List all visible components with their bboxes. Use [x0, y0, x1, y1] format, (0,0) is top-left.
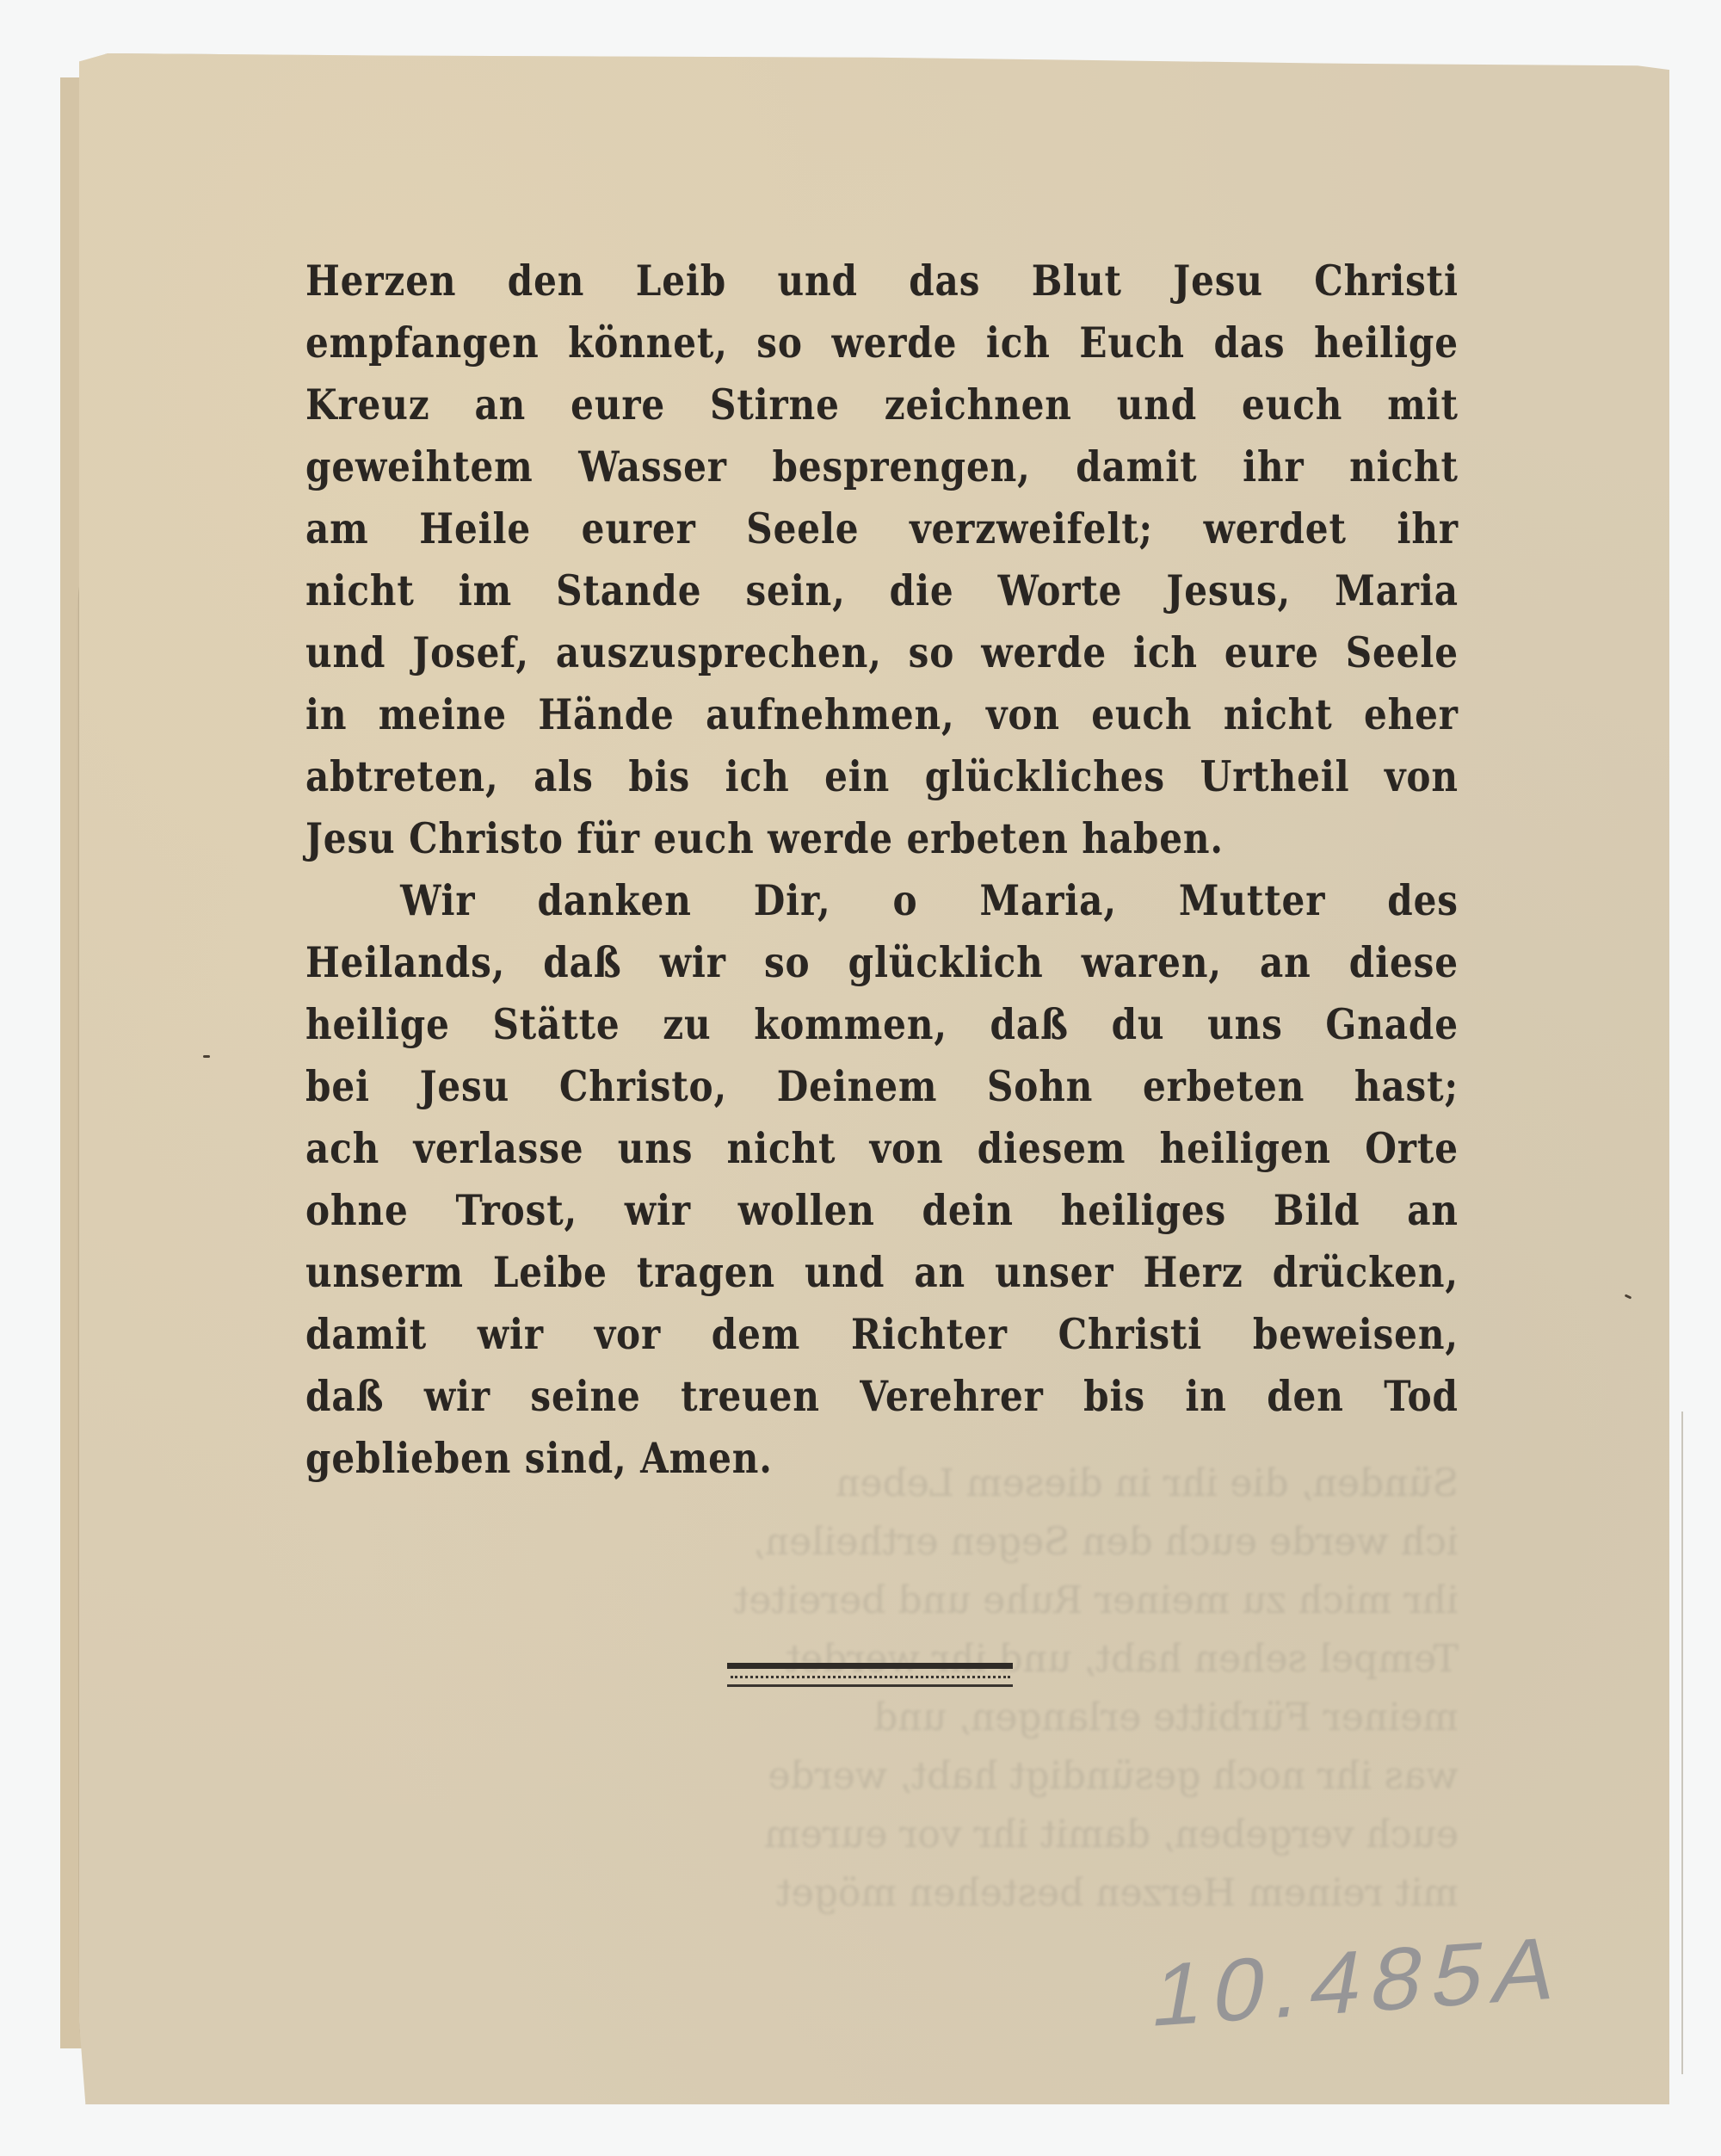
text-line: bei Jesu Christo, Deinem Sohn erbeten ha…	[305, 1055, 1459, 1117]
ink-speck	[203, 1055, 210, 1058]
text-line: daß wir seine treuen Verehrer bis in den…	[305, 1365, 1459, 1427]
text-line: ach verlasse uns nicht von diesem heilig…	[305, 1117, 1459, 1179]
text-line: Kreuz an eure Stirne zeichnen und euch m…	[305, 374, 1459, 436]
text-line: unserm Leibe tragen und an unser Herz dr…	[305, 1241, 1459, 1303]
document-scan: Sünden, die ihr in diesem Leben ich werd…	[0, 0, 1721, 2156]
text-line: Wir danken Dir, o Maria, Mutter des	[305, 869, 1459, 931]
paragraph-2: Wir danken Dir, o Maria, Mutter des Heil…	[305, 869, 1459, 1489]
divider-thin-rule	[727, 1684, 1013, 1687]
text-line: nicht im Stande sein, die Worte Jesus, M…	[305, 559, 1459, 621]
text-line: Herzen den Leib und das Blut Jesu Christ…	[305, 250, 1459, 312]
text-line: Heilands, daß wir so glücklich waren, an…	[305, 931, 1459, 993]
body-text: Herzen den Leib und das Blut Jesu Christ…	[305, 250, 1459, 1489]
text-line: ohne Trost, wir wollen dein heiliges Bil…	[305, 1179, 1459, 1241]
text-line: empfangen könnet, so werde ich Euch das …	[305, 312, 1459, 374]
text-line: abtreten, als bis ich ein glückliches Ur…	[305, 745, 1459, 807]
paragraph-1: Herzen den Leib und das Blut Jesu Christ…	[305, 250, 1459, 869]
text-line: geblieben sind, Amen.	[305, 1427, 1459, 1489]
text-line: und Josef, auszusprechen, so werde ich e…	[305, 621, 1459, 683]
text-line: heilige Stätte zu kommen, daß du uns Gna…	[305, 993, 1459, 1055]
text-line: Jesu Christo für euch werde erbeten habe…	[305, 807, 1459, 869]
divider-thick-rule	[727, 1663, 1013, 1669]
text-line: am Heile eurer Seele verzweifelt; werdet…	[305, 497, 1459, 559]
text-line: geweihtem Wasser besprengen, damit ihr n…	[305, 436, 1459, 497]
divider-dotted-rule	[731, 1676, 1010, 1678]
ornamental-divider	[727, 1663, 1013, 1692]
right-paper-crease	[1681, 1412, 1683, 2074]
text-line: in meine Hände aufnehmen, von euch nicht…	[305, 683, 1459, 745]
text-line: damit wir vor dem Richter Christi beweis…	[305, 1303, 1459, 1365]
